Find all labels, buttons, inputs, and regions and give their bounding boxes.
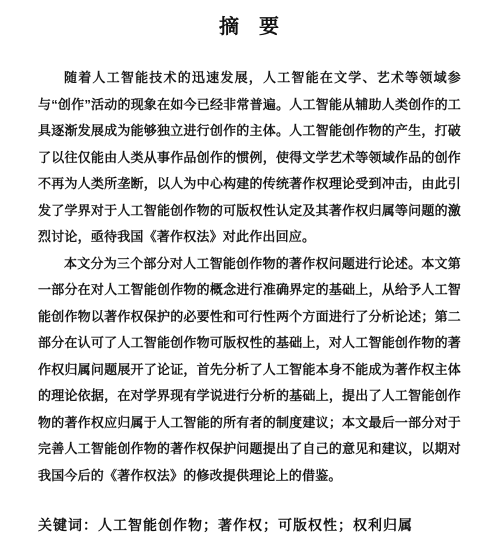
abstract-paragraph-2: 本文分为三个部分对人工智能创作物的著作权问题进行论述。本文第一部分在对人工智能创… [38,251,461,490]
keywords-value: 人工智能创作物；著作权；可版权性；权利归属 [98,517,413,533]
page-title: 摘 要 [0,0,498,38]
abstract-body: 随着人工智能技术的迅速发展，人工智能在文学、艺术等领域参与“创作”活动的现象在如… [38,65,461,535]
abstract-paragraph-1: 随着人工智能技术的迅速发展，人工智能在文学、艺术等领域参与“创作”活动的现象在如… [38,65,461,251]
keywords-label: 关键词： [38,517,98,533]
keywords-line: 关键词：人工智能创作物；著作权；可版权性；权利归属 [38,516,461,535]
abstract-page: 摘 要 随着人工智能技术的迅速发展，人工智能在文学、艺术等领域参与“创作”活动的… [0,0,498,542]
